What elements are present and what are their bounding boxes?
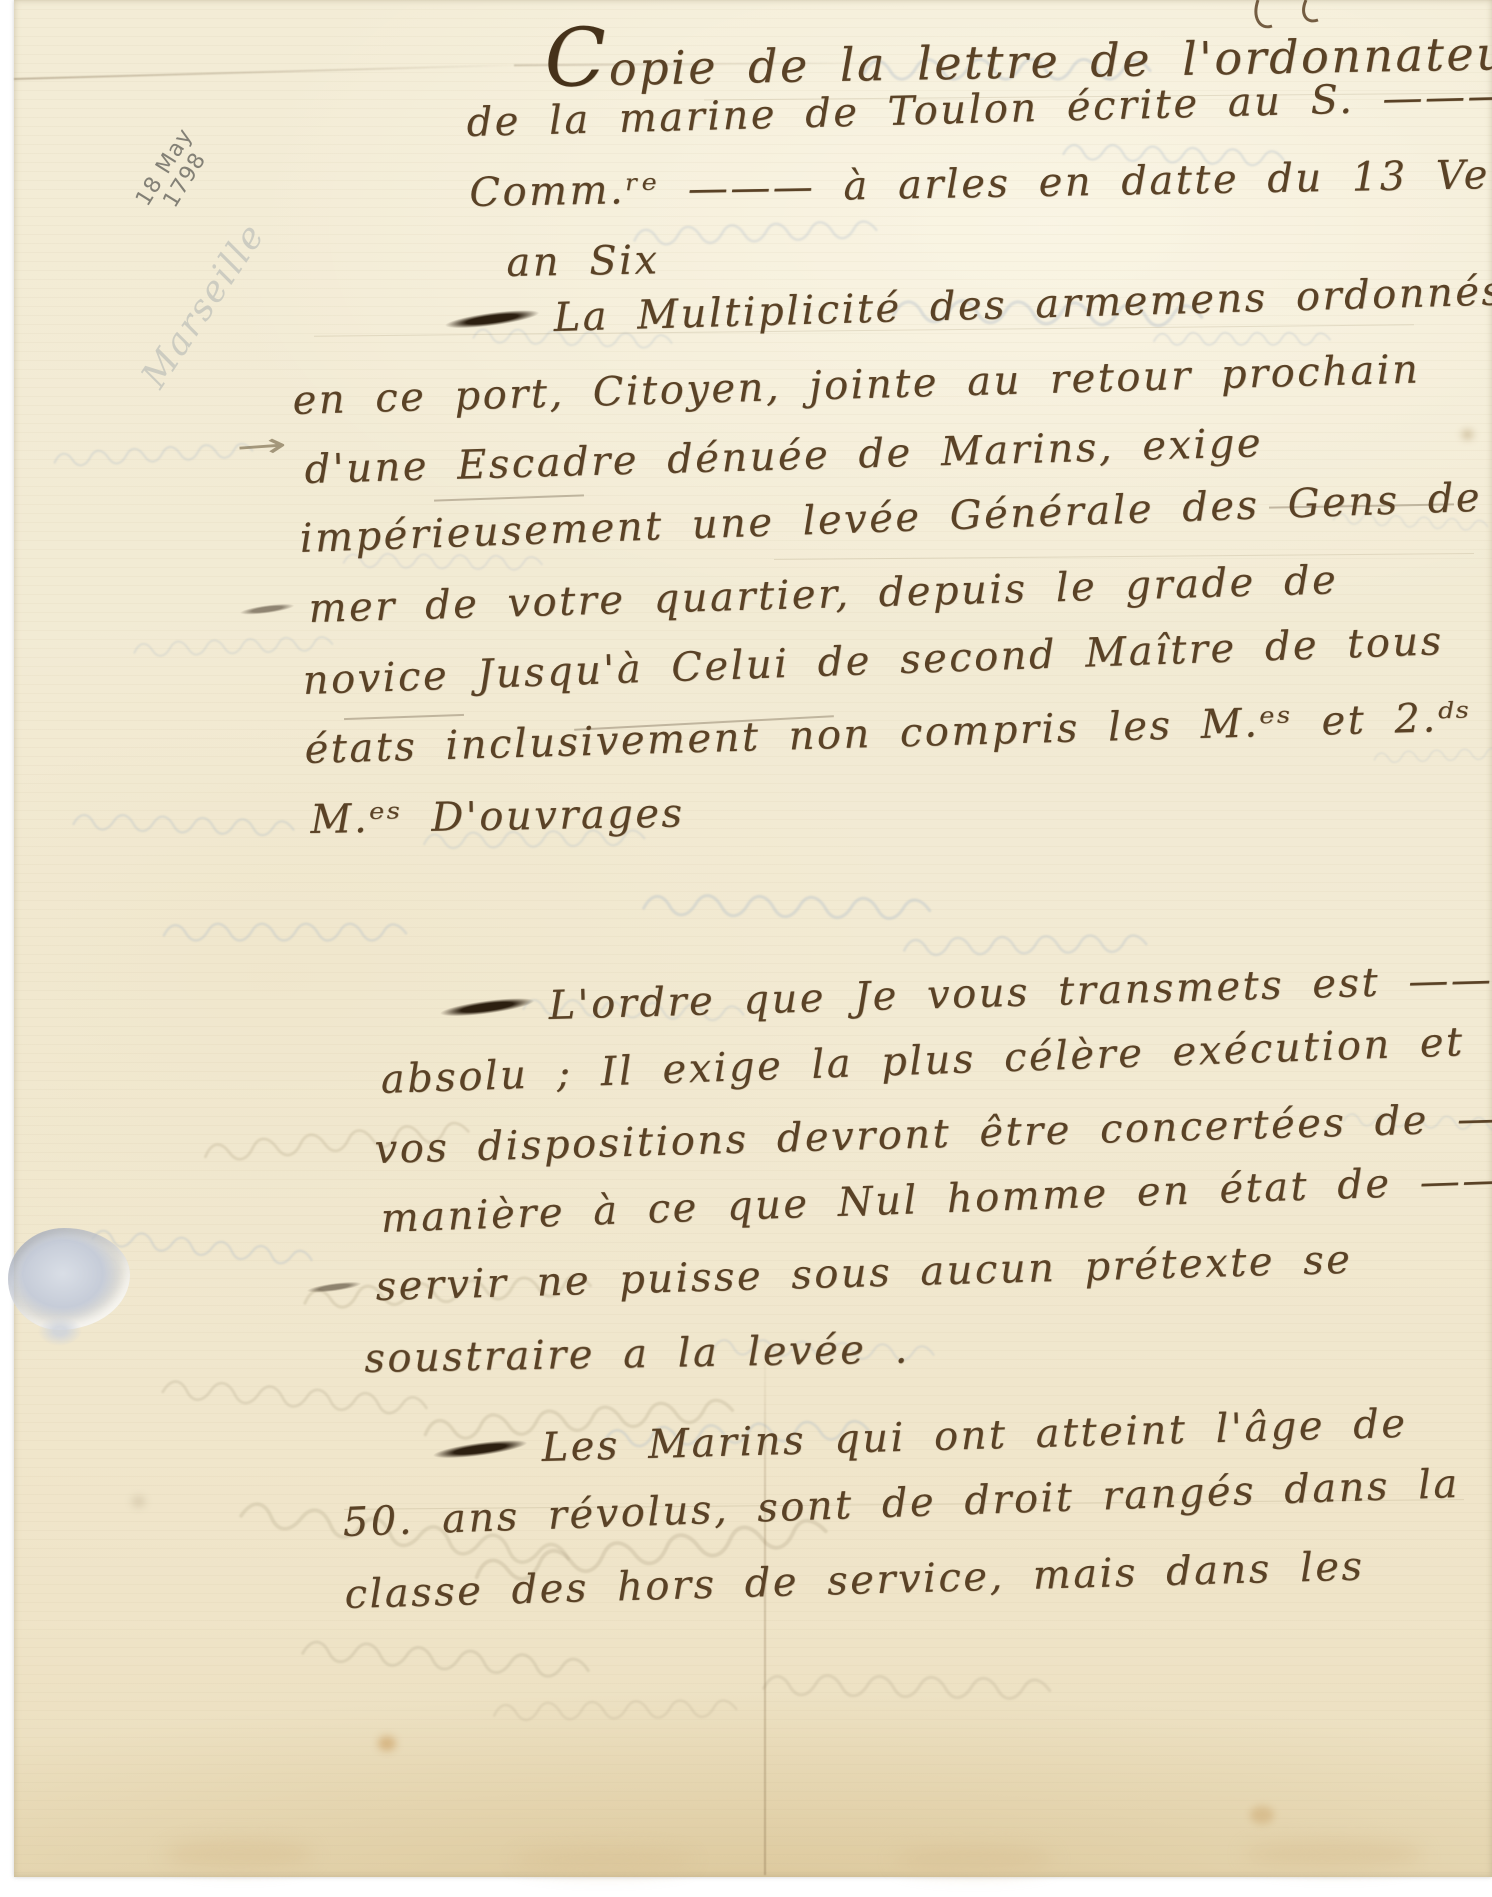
foxing-spot [1250,1806,1274,1824]
bottom-edge-soiling [514,1848,694,1872]
manuscript-line-4: an Six [506,237,660,286]
manuscript-line-12: M.ᵉˢ D'ouvrages [310,790,685,843]
foxing-spot [132,1496,145,1507]
manuscript-line-18: soustraire a la levée . [364,1326,910,1382]
bottom-edge-soiling [1244,1840,1424,1868]
margin-arrow: → [235,424,289,467]
bottom-edge-soiling [894,1846,1054,1872]
foxing-spot [1462,430,1473,439]
manuscript-page: 18 May 1798 Marseille → Copie de la lett… [14,0,1492,1877]
scan-background: { "document_kind": "handwritten manuscri… [0,0,1492,1897]
foxing-spot [378,1736,396,1751]
bottom-edge-soiling [164,1840,314,1868]
